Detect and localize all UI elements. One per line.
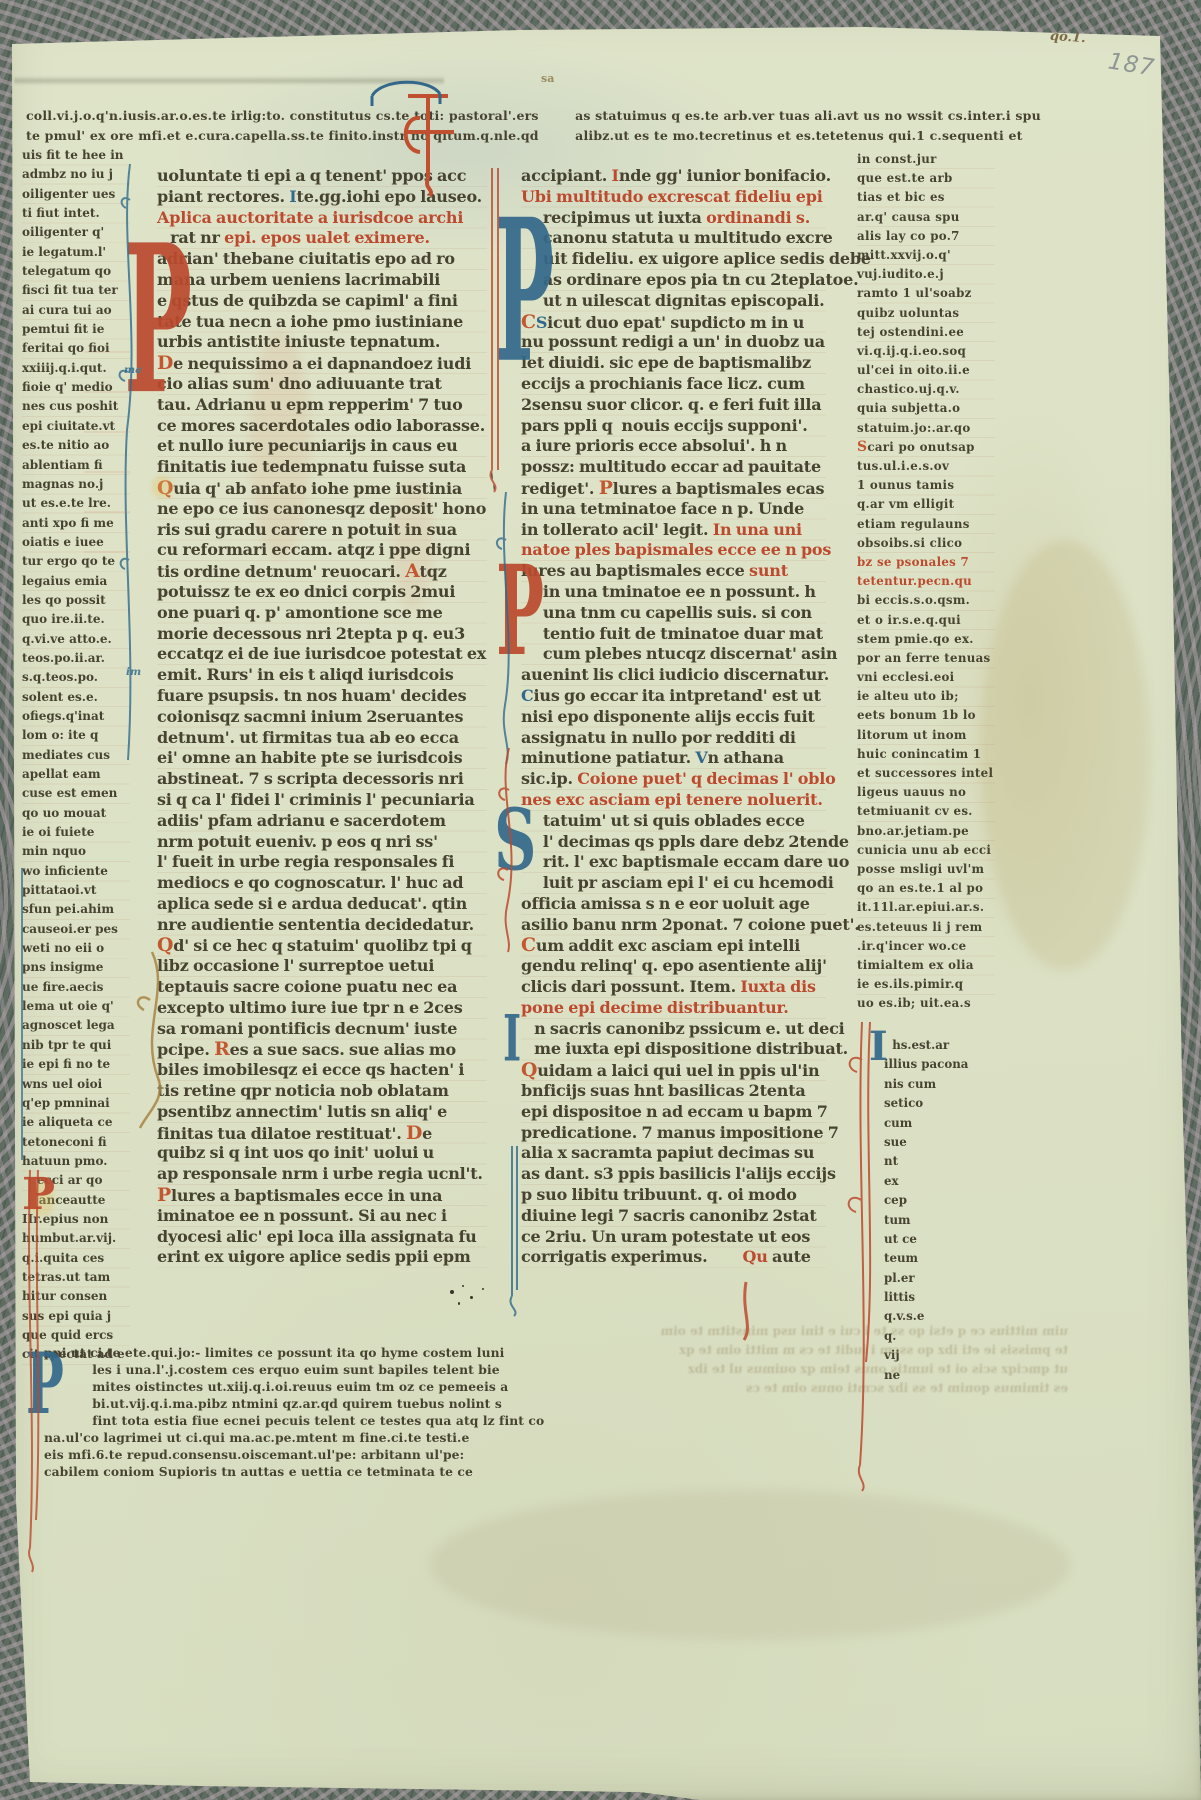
body-text: nib tpr te qui: [22, 1038, 111, 1052]
drop-cap-blue-I: I: [503, 1012, 521, 1066]
body-text: teum: [884, 1251, 918, 1265]
text-line: pcipe. Res a sue sacs. sue alias mo: [157, 1039, 487, 1060]
body-text: qo an es.te.1 al po: [857, 881, 983, 895]
text-line: ti fiut intet.: [22, 204, 130, 223]
text-line: aplica sede si e ardua deducat'. qtin: [157, 894, 487, 915]
body-text: me iuxta epi dispositione distribuat.: [521, 1039, 848, 1058]
text-line: causeoi.er pes: [22, 920, 130, 939]
text-line: 2sensu suor clicor. q. e feri fuit illa: [521, 395, 826, 416]
text-line: Quia q' ab anfato iohe pme iustinia: [157, 478, 487, 499]
body-text: quibz uoluntas: [857, 306, 959, 320]
text-line: in tollerato acil' legit. In una uni: [521, 520, 826, 541]
text-line: agnoscet lega: [22, 1016, 130, 1035]
body-text: ius go eccar ita intpretand' est ut: [534, 686, 821, 705]
text-line: ut n uilescat dignitas episcopali.: [521, 291, 826, 312]
body-text: oiligenter ues: [22, 187, 115, 201]
text-line: a iure prioris ecce absolui'. h n: [521, 436, 826, 457]
text-line: ut qmciqz scis oi te iumtis onus teim qz…: [520, 1360, 1068, 1379]
rubric-text: pone epi decime distribuantur.: [521, 998, 789, 1017]
body-text: vi.q.ij.q.i.eo.soq: [857, 344, 966, 358]
text-line: cuse est emen: [22, 784, 130, 803]
text-line: uo es.ib; uit.ea.s: [857, 994, 995, 1013]
body-text: .ir.q'incer wo.ce: [857, 939, 966, 953]
text-line: adiis' pfam adrianu e sacerdotem: [157, 811, 487, 832]
text-line: ie alteu uto ib;: [857, 687, 995, 706]
text-line: CSicut duo epat' supdicto m in u: [521, 312, 826, 333]
body-text: uim mittius ce q etsi qo ss te i cui e t…: [661, 1324, 1069, 1338]
text-line: tum: [884, 1211, 954, 1230]
text-line: one puari q. p' amontione sce me: [157, 603, 487, 624]
text-line: potuissz te ex eo dnici corpis 2mui: [157, 582, 487, 603]
text-line: ei' omne an habite pte se iurisdcois: [157, 748, 487, 769]
text-line: alis lay co po.7: [857, 227, 995, 246]
text-line: ofiegs.q'inat: [22, 707, 130, 726]
text-line: te pmul' ex ore mfi.et e.cura.capella.ss…: [26, 126, 950, 146]
body-text: cum plebes ntucqz discernat' asin: [521, 644, 837, 663]
body-text: tate tua necn a iohe pmo iustiniane: [157, 312, 463, 331]
text-line: nisi epo disponente alijs eccis fuit: [521, 707, 826, 728]
text-line: illius pacona: [884, 1055, 954, 1074]
body-text: n sacris canonibz pssicum e. ut deci: [521, 1019, 845, 1038]
body-text: possz: multitudo eccar ad pauitate: [521, 457, 821, 476]
body-text: corrigatis experimus.: [521, 1247, 742, 1266]
text-line: statuim.jo:.ar.qo: [857, 419, 995, 438]
text-line: eis mfi.6.te repud.consensu.oiscemant.ul…: [44, 1446, 458, 1463]
rubric-text: epi. epos ualet eximere.: [224, 228, 430, 247]
text-line: cu reformari eccam. atqz i ppe digni: [157, 540, 487, 561]
margin-note-ma: ma: [124, 364, 142, 376]
text-line: wns uel oioi: [22, 1075, 130, 1094]
body-text: tetras.ut tam: [22, 1270, 110, 1284]
body-text: ex: [884, 1174, 899, 1188]
text-line: litorum ut inom: [857, 726, 995, 745]
text-line: si q ca l' fidei l' criminis l' pecuniar…: [157, 790, 487, 811]
body-text: sus epi quia j: [22, 1309, 111, 1323]
body-text: officia amissa s n e eor uoluit age: [521, 894, 810, 913]
text-line: tatuim' ut si quis oblades ecce: [521, 811, 826, 832]
text-line: vni ecclesi.eoi: [857, 668, 995, 687]
body-text: eccijs a prochianis face licz. cum: [521, 374, 805, 393]
blue-initial-text: C: [521, 686, 534, 705]
text-line: teptauis sacre coione puatu nec ea: [157, 977, 487, 998]
body-text: stem pmie.qo ex.: [857, 632, 974, 646]
gutter-blue-rule-bottom: [510, 1146, 517, 1316]
text-line: biles imobilesqz ei ecce qs hacten' i: [157, 1060, 487, 1081]
text-line: huic conincatim 1: [857, 745, 995, 764]
ink-speck: [482, 1288, 484, 1290]
body-text: nde gg' iunior bonifacio.: [619, 166, 831, 185]
body-text: tetoneconi fi: [22, 1135, 107, 1149]
body-text: coionisqz sacmni inium 2seruantes: [157, 707, 463, 726]
body-text: les qo possit: [22, 593, 106, 607]
body-text: tus.ul.i.e.s.ov: [857, 459, 949, 473]
text-line: Aplica auctoritate a iurisdcoe archi: [157, 208, 487, 229]
body-text: q.i.quita ces: [22, 1251, 104, 1265]
text-line: erint ex uigore aplice sedis ppii epm: [157, 1247, 487, 1268]
body-text: vuj.iudito.e.j: [857, 267, 944, 281]
body-text: e: [422, 1124, 432, 1143]
body-text: let diuidi. sic epe de baptismalibz: [521, 353, 811, 372]
body-text: ue fire.aecis: [22, 980, 103, 994]
body-text: nre audientie sententia decidedatur.: [157, 915, 474, 934]
body-text: ce 2riu. Un uram potestate ut eos: [521, 1227, 810, 1246]
body-text: quibz si q int uos qo init' uolui u: [157, 1143, 434, 1162]
text-line: piant rectores. Ite.gg.iohi epo lauseo.: [157, 187, 487, 208]
body-text: ut n uilescat dignitas episcopali.: [521, 291, 825, 310]
text-line: tentio fuit de tminatoe duar mat: [521, 624, 826, 645]
body-text: cunicia unu ab ecci: [857, 843, 991, 857]
text-line: obsoibs.si clico: [857, 534, 995, 553]
body-text: tatuim' ut si quis oblades ecce: [521, 811, 805, 830]
body-text: bnficijs suas hnt basilicas 2tenta: [521, 1081, 806, 1100]
body-text: tur ergo qo te: [22, 554, 115, 568]
blue-initial-text: V: [695, 748, 707, 767]
monogram-blue-bracket: [372, 82, 440, 106]
body-text: in una tminatoe ee n possunt. h: [521, 582, 816, 601]
body-text: cuse est emen: [22, 786, 117, 800]
colored-initial: C: [521, 934, 536, 956]
body-text: es a sue sacs. sue alias mo: [230, 1040, 456, 1059]
body-text: te pmul' ex ore mfi.et e.cura.capella.ss…: [26, 128, 1023, 143]
text-line: coll.vi.j.o.q'n.iusis.ar.o.es.te irlig:t…: [26, 106, 950, 126]
text-line: que est.te arb: [857, 169, 995, 188]
text-line: tis ordine detnum' reuocari. Atqz: [157, 561, 487, 582]
corner-inscription: qo.1.: [1050, 29, 1087, 46]
text-line: legaius emia: [22, 572, 130, 591]
text-line: xxiiij.q.i.qut.: [22, 359, 130, 378]
body-text: dyocesi alic' epi loca illa assignata fu: [157, 1227, 477, 1246]
body-text: as dant. s3 ppis basilicis l'alijs eccij…: [521, 1164, 836, 1183]
body-text: eis mfi.6.te repud.consensu.oiscemant.ul…: [44, 1447, 464, 1462]
body-text: illius pacona: [884, 1057, 968, 1071]
text-line: te pmissis ie eti ibz qo sscm i iudit te…: [520, 1341, 1068, 1360]
text-line: pl.er: [884, 1269, 954, 1288]
colored-initial: S: [857, 439, 867, 455]
text-line: morie decessous nri 2tepta p q. eu3: [157, 624, 487, 645]
body-text: pars ppli q nouis eccijs supponi'.: [521, 416, 808, 435]
text-line: una tnm cu capellis suis. si con: [521, 603, 826, 624]
text-line: cum plebes ntucqz discernat' asin: [521, 644, 826, 665]
text-line: setico: [884, 1094, 954, 1113]
text-line: ce mores sacerdotales odio laborasse.: [157, 416, 487, 437]
text-line: possz: multitudo eccar ad pauitate: [521, 457, 826, 478]
body-text: ablentiam fi: [22, 458, 103, 472]
text-line: predicatione. 7 manus impositione 7: [521, 1123, 826, 1144]
text-line: tetoneconi fi: [22, 1133, 130, 1152]
text-line: rit. l' exc baptismale eccam dare uo: [521, 852, 826, 873]
body-text: quia subjetta.o: [857, 401, 960, 415]
parchment-page: qo.1. 187 sa coll.vi.j.o.q'n.iusis.ar.o.…: [0, 0, 1201, 1800]
body-text: sic.ip.: [521, 769, 577, 788]
body-text: ie oi fuiete: [22, 825, 94, 839]
text-line: detnum'. ut firmitas tua ab eo ecca: [157, 728, 487, 749]
text-line: ai cura tui ao: [22, 301, 130, 320]
body-text: urbis antistite iniuste tepnatum.: [157, 332, 440, 351]
text-line: officia amissa s n e eor uoluit age: [521, 894, 826, 915]
body-text: bi.ut.vij.q.i.ma.pibz ntmini qz.ar.qd qu…: [44, 1396, 502, 1411]
text-line: s.q.teos.po.: [22, 668, 130, 687]
text-line: les qo possit: [22, 591, 130, 610]
text-line: tur ergo qo te: [22, 552, 130, 571]
text-line: es.te nitio ao: [22, 436, 130, 455]
body-text: abstineat. 7 s scripta decessoris nri: [157, 769, 464, 788]
body-text: nrm potuit eueniv. p eos q nri ss': [157, 832, 438, 851]
text-line: sa romani pontificis decnum' iuste: [157, 1019, 487, 1040]
body-text: pcipe.: [157, 1040, 214, 1059]
text-line: nt: [884, 1152, 954, 1171]
text-line: alia x sacramta papiut decimas su: [521, 1143, 826, 1164]
text-line: ul'cei in oito.ii.e: [857, 361, 995, 380]
text-line: nes exc asciam epi tenere noluerit.: [521, 790, 826, 811]
body-text: uia q' ab anfato iohe pme iustinia: [173, 479, 462, 498]
body-text: libz occasione l' surreptoe uetui: [157, 956, 434, 975]
main-column-2: accipiant. Inde gg' iunior bonifacio.Ubi…: [521, 166, 826, 1268]
text-line: admbz no iu j: [22, 165, 130, 184]
body-text: predicatione. 7 manus impositione 7: [521, 1123, 839, 1142]
text-line: nes cus poshit: [22, 397, 130, 416]
body-text: mana urbem ueniens lacrimabili: [157, 270, 440, 289]
body-text: biles imobilesqz ei ecce qs hacten' i: [157, 1060, 464, 1079]
body-text: pns insigme: [22, 960, 103, 974]
body-text: ie epi fi no te: [22, 1057, 110, 1071]
body-text: es timimus qonim te ss ibz scmti onus oi…: [746, 1381, 1068, 1395]
ink-speck: [462, 1285, 464, 1287]
body-text: nis cum: [884, 1077, 936, 1091]
rubric-text: In una uni: [713, 520, 802, 539]
body-text: ne epo ce ius canonesqz deposit' hono: [157, 499, 486, 518]
body-text: causeoi.er pes: [22, 922, 118, 936]
text-line: mites oistinctes ut.xiij.q.i.oi.reuus eu…: [44, 1378, 458, 1395]
body-text: ut qmciqz scis oi te iumtis onus teim qz…: [688, 1362, 1068, 1376]
body-text: auenint lis clici iudicio discernatur.: [521, 665, 829, 684]
text-line: nre audientie sententia decidedatur.: [157, 915, 487, 936]
body-text: aute: [768, 1247, 811, 1266]
text-line: telegatum qo: [22, 262, 130, 281]
text-line: es timimus qonim te ss ibz scmti onus oi…: [520, 1379, 1068, 1398]
text-line: quibz si q int uos qo init' uolui u: [157, 1143, 487, 1164]
body-text: in const.jur: [857, 152, 937, 166]
body-text: epi dispositoe n ad eccam u bapm 7: [521, 1102, 828, 1121]
text-line: finitas tua dilatoe restituat'. De: [157, 1123, 487, 1144]
body-text: aplica sede si e ardua deducat'. qtin: [157, 894, 467, 913]
body-text: a iure prioris ecce absolui'. h n: [521, 436, 787, 455]
body-text: etiam regulauns: [857, 517, 970, 531]
body-text: ligeus uauus no: [857, 785, 966, 799]
text-line: anti xpo fi me: [22, 514, 130, 533]
text-line: pars ppli q nouis eccijs supponi'.: [521, 416, 826, 437]
text-line: uoluntate ti epi a q tenent' ppos acc: [157, 166, 487, 187]
text-line: tis retine qpr noticia nob oblatam: [157, 1081, 487, 1102]
text-line: ie es.ils.pimir.q: [857, 975, 995, 994]
blue-initial-text: I: [289, 187, 296, 206]
body-text: adrian' thebane ciuitatis epo ad ro: [157, 249, 455, 268]
body-text: les i una.l'.j.costem ces erquo euim sun…: [44, 1362, 500, 1377]
body-text: ie es.ils.pimir.q: [857, 977, 963, 991]
text-line: pemtui fit ie: [22, 320, 130, 339]
text-line: tau. Adrianu u epm repperim' 7 tuo: [157, 395, 487, 416]
body-text: es.te nitio ao: [22, 438, 109, 452]
body-text: s.q.teos.po.: [22, 670, 98, 684]
body-text: tentio fuit de tminatoe duar mat: [521, 624, 823, 643]
text-line: sus epi quia j: [22, 1307, 130, 1326]
body-text: cep: [884, 1193, 907, 1207]
text-line: es.teteuus li j rem: [857, 918, 995, 937]
text-line: cunicia unu ab ecci: [857, 841, 995, 860]
body-text: fisci fit tua ter: [22, 283, 118, 297]
text-line: lures au baptismales ecce sunt: [521, 561, 826, 582]
text-line: ie aliqueta ce: [22, 1113, 130, 1132]
body-text: uoluntate ti epi a q tenent' ppos acc: [157, 166, 466, 185]
text-line: eets bonum 1b lo: [857, 706, 995, 725]
text-line: q.vi.ve atto.e.: [22, 630, 130, 649]
body-text: tetmiuanit cv es.: [857, 804, 973, 818]
body-text: q'ep pmninai: [22, 1096, 110, 1110]
text-line: auenint lis clici iudicio discernatur.: [521, 665, 826, 686]
body-text: agnoscet lega: [22, 1018, 115, 1032]
body-text: clicis dari possunt. Item.: [521, 977, 740, 996]
body-text: legaius emia: [22, 574, 107, 588]
text-line: les i una.l'.j.costem ces erquo euim sun…: [44, 1361, 458, 1378]
body-text: cum: [884, 1116, 912, 1130]
text-line: me iuxta epi dispositione distribuat.: [521, 1039, 826, 1060]
text-line: Quidam a laici qui uel in ppis ul'in: [521, 1060, 826, 1081]
body-text: ce mores sacerdotales odio laborasse.: [157, 416, 485, 435]
text-line: lom o: ite q: [22, 726, 130, 745]
text-line: oiligenter q': [22, 223, 130, 242]
text-line: l' decimas qs ppls dare debz 2tende: [521, 832, 826, 853]
text-line: Cius go eccar ita intpretand' est ut: [521, 686, 826, 707]
body-text: cio alias sum' dno adiuuante trat: [157, 374, 442, 393]
text-line: as ordinare epos pia tn cu 2teplatoe.: [521, 270, 826, 291]
ink-speck: [470, 1296, 473, 1299]
body-text: lures au baptismales ecce: [521, 561, 749, 580]
text-line: Qd' si ce hec q statuim' quolibz tpi q: [157, 935, 487, 956]
body-text: minutione patiatur.: [521, 748, 695, 767]
text-line: epi ciuitate.vt: [22, 417, 130, 436]
text-line: cabilem coniom Supioris tn auttas e uett…: [44, 1463, 458, 1480]
text-line: hitur consen: [22, 1287, 130, 1306]
text-line: minutione patiatur. Vn athana: [521, 748, 826, 769]
body-text: tias et bic es: [857, 190, 945, 204]
text-line: nis cum: [884, 1075, 954, 1094]
body-text: fint tota estia fiue ecnei pecuis telent…: [44, 1413, 544, 1428]
text-line: pittataoi.vt: [22, 881, 130, 900]
body-text: ut ce: [884, 1232, 917, 1246]
body-text: in tollerato acil' legit.: [521, 520, 713, 539]
text-line: lema ut oie q': [22, 997, 130, 1016]
body-text: 1 ounus tamis: [857, 478, 954, 492]
body-text: nt: [884, 1154, 898, 1168]
body-text: luit pr asciam epi l' ei cu hcemodi: [521, 873, 834, 892]
body-text: telegatum qo: [22, 264, 111, 278]
body-text: te.gg.iohi epo lauseo.: [297, 187, 483, 206]
right-margin-gloss: in const.jurque est.te arbtias et bic es…: [857, 150, 995, 1013]
text-line: na.ul'co lagrimei ut ci.qui ma.ac.pe.mte…: [44, 1429, 458, 1446]
text-line: De nequissimo a ei dapnandoez iudi: [157, 353, 487, 374]
body-text: ris sui gradu carere n potuit in sua: [157, 520, 457, 539]
colored-initial: A: [405, 560, 419, 582]
text-line: eccatqz ei de iue iurisdcoe potestat ex: [157, 644, 487, 665]
text-line: feritai qo fioi: [22, 339, 130, 358]
body-text: e qstus de quibzda se capiml' a fini: [157, 291, 458, 310]
text-line: min nquo: [22, 842, 130, 861]
rubric-text: tetentur.pecn.qu: [857, 574, 972, 588]
text-line: et nullo iure pecuniarijs in caus eu: [157, 436, 487, 457]
text-line: tej ostendini.ee: [857, 323, 995, 342]
body-text: littis: [884, 1290, 915, 1304]
drop-cap-blue-S: S: [494, 806, 537, 878]
body-text: nu possunt redigi a un' in duobz ua: [521, 332, 825, 351]
colored-initial: D: [406, 1122, 422, 1144]
body-text: ie legatum.l': [22, 245, 106, 259]
body-text: in una tetminatoe face n p. Unde: [521, 499, 804, 518]
body-text: uis fit te hee in: [22, 148, 123, 162]
body-text: l' fueit in urbe regia responsales fi: [157, 852, 454, 871]
text-line: teum: [884, 1249, 954, 1268]
text-line: q'ep pmninai: [22, 1094, 130, 1113]
body-text: nisi epo disponente alijs eccis fuit: [521, 707, 815, 726]
body-text: nes cus poshit: [22, 399, 118, 413]
body-text: pni ut ci.te ete.qui.jo:- limites ce pos…: [44, 1345, 504, 1360]
text-line: ligeus uauus no: [857, 783, 995, 802]
body-text: icut duo epat' supdicto m in u: [547, 313, 804, 332]
text-line: ar.q' causa spu: [857, 208, 995, 227]
body-text: morie decessous nri 2tepta p q. eu3: [157, 624, 465, 643]
text-line: q.i.quita ces: [22, 1249, 130, 1268]
text-line: bz se psonales 7: [857, 553, 995, 572]
text-line: mediates cus: [22, 746, 130, 765]
body-text: epi ciuitate.vt: [22, 419, 115, 433]
text-line: humbut.ar.vij.: [22, 1229, 130, 1248]
text-line: sic.ip. Coione puet' q decimas l' oblo: [521, 769, 826, 790]
text-line: timialtem ex olia: [857, 956, 995, 975]
rubric-text: Coione puet' q decimas l' oblo: [577, 769, 835, 788]
body-text: ramto 1 ul'soabz: [857, 286, 972, 300]
body-text: quo ire.ii.te.: [22, 612, 105, 626]
text-line: nrm potuit eueniv. p eos q nri ss': [157, 832, 487, 853]
text-line: teos.po.ii.ar.: [22, 649, 130, 668]
text-line: ie oi fuiete: [22, 823, 130, 842]
body-text: tis ordine detnum' reuocari.: [157, 562, 405, 581]
text-line: assignatu in nullo por redditi di: [521, 728, 826, 749]
body-text: bno.ar.jetiam.pe: [857, 824, 969, 838]
text-line: luit pr asciam epi l' ei cu hcemodi: [521, 873, 826, 894]
body-text: rediget'.: [521, 479, 599, 498]
text-line: accipiant. Inde gg' iunior bonifacio.: [521, 166, 826, 187]
text-line: vi.q.ij.q.i.eo.soq: [857, 342, 995, 361]
gloss-initial-blue-I: I: [869, 1030, 888, 1064]
margin-initial-red-P: P: [22, 1176, 55, 1213]
body-text: mediocs e qo cognoscatur. l' huc ad: [157, 873, 463, 892]
text-line: et o ir.s.e.q.qui: [857, 611, 995, 630]
text-line: ablentiam fi: [22, 456, 130, 475]
text-line: in const.jur: [857, 150, 995, 169]
text-line: pns insigme: [22, 958, 130, 977]
bottom-initial-blue-P: P: [26, 1350, 64, 1421]
body-text: ie aliqueta ce: [22, 1115, 112, 1129]
text-line: ex: [884, 1172, 954, 1191]
body-text: adiis' pfam adrianu e sacerdotem: [157, 811, 446, 830]
body-text: p suo libitu tribuunt. q. oi modo: [521, 1185, 797, 1204]
text-line: libz occasione l' surreptoe uetui: [157, 956, 487, 977]
text-line: ne epo ce ius canonesqz deposit' hono: [157, 499, 487, 520]
body-text: finitatis iue tedempnatu fuisse suta: [157, 457, 466, 476]
ink-speck: [450, 1290, 454, 1294]
body-text: finitas tua dilatoe restituat'.: [157, 1124, 406, 1143]
body-text: eets bonum 1b lo: [857, 708, 976, 722]
body-text: ai cura tui ao: [22, 303, 112, 317]
text-line: rediget'. Plures a baptismales ecas: [521, 478, 826, 499]
